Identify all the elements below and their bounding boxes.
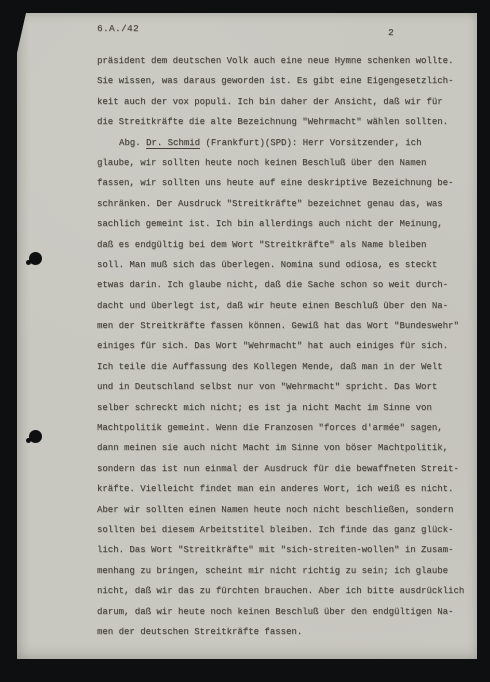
text-line: Ich teile die Auffassung des Kollegen Me… xyxy=(97,357,469,377)
text-line: menhang zu bringen, scheint mir nicht ri… xyxy=(97,561,469,581)
text-line: sachlich gemeint ist. Ich bin allerdings… xyxy=(97,214,469,234)
punch-hole-top xyxy=(29,252,42,265)
document-page: 6.A./42 2 präsident dem deutschen Volk a… xyxy=(17,13,477,659)
text-line: präsident dem deutschen Volk auch eine n… xyxy=(97,51,469,71)
text-line: und in Deutschland selbst nur von "Wehrm… xyxy=(97,377,469,397)
text-line: sollten bei diesem Arbeitstitel bleiben.… xyxy=(97,520,469,540)
speaker-line: Abg. Dr. Schmid (Frankfurt)(SPD): Herr V… xyxy=(97,133,469,153)
speaker-line-rest: (Frankfurt)(SPD): Herr Vorsitzender, ich xyxy=(200,138,421,148)
text-line: soll. Man muß sich das überlegen. Nomina… xyxy=(97,255,469,275)
scan-background: 6.A./42 2 präsident dem deutschen Volk a… xyxy=(0,0,490,682)
text-line: nicht, daß wir das zu fürchten brauchen.… xyxy=(97,581,469,601)
body-text: präsident dem deutschen Volk auch eine n… xyxy=(97,51,469,642)
text-line: schränken. Der Ausdruck "Streitkräfte" b… xyxy=(97,194,469,214)
text-line: daß es endgültig bei dem Wort "Streitkrä… xyxy=(97,235,469,255)
speaker-prefix: Abg. xyxy=(119,138,146,148)
text-line: selber schreckt mich nicht; es ist ja ni… xyxy=(97,398,469,418)
page-number: 2 xyxy=(388,27,394,38)
text-line: einiges für sich. Das Wort "Wehrmacht" h… xyxy=(97,336,469,356)
document-reference: 6.A./42 xyxy=(97,23,139,34)
speech-paragraph: glaube, wir sollten heute noch keinen Be… xyxy=(97,153,469,642)
text-line: dacht und überlegt ist, daß wir heute ei… xyxy=(97,296,469,316)
text-line: die Streitkräfte die alte Bezeichnung "W… xyxy=(97,112,469,132)
page-header: 6.A./42 2 xyxy=(17,23,477,41)
text-line: keit auch der vox populi. Ich bin daher … xyxy=(97,92,469,112)
text-line: Sie wissen, was daraus geworden ist. Es … xyxy=(97,71,469,91)
text-line: etwas darin. Ich glaube nicht, daß die S… xyxy=(97,275,469,295)
text-line: men der deutschen Streitkräfte fassen. xyxy=(97,622,469,642)
text-line: lich. Das Wort "Streitkräfte" mit "sich-… xyxy=(97,540,469,560)
text-line: Machtpolitik gemeint. Wenn die Franzosen… xyxy=(97,418,469,438)
speaker-name: Dr. Schmid xyxy=(146,138,200,150)
text-line: darum, daß wir heute noch keinen Beschlu… xyxy=(97,602,469,622)
text-line: kräfte. Vielleicht findet man ein andere… xyxy=(97,479,469,499)
paragraph-continued: präsident dem deutschen Volk auch eine n… xyxy=(97,51,469,133)
punch-hole-bottom xyxy=(29,430,42,443)
text-line: men der Streitkräfte fassen können. Gewi… xyxy=(97,316,469,336)
text-line: fassen, wir sollten uns heute auf eine d… xyxy=(97,173,469,193)
text-line: glaube, wir sollten heute noch keinen Be… xyxy=(97,153,469,173)
text-line: dann meinen sie auch nicht Macht im Sinn… xyxy=(97,438,469,458)
text-line: Aber wir sollten einen Namen heute noch … xyxy=(97,500,469,520)
text-line: sondern das ist nun einmal der Ausdruck … xyxy=(97,459,469,479)
